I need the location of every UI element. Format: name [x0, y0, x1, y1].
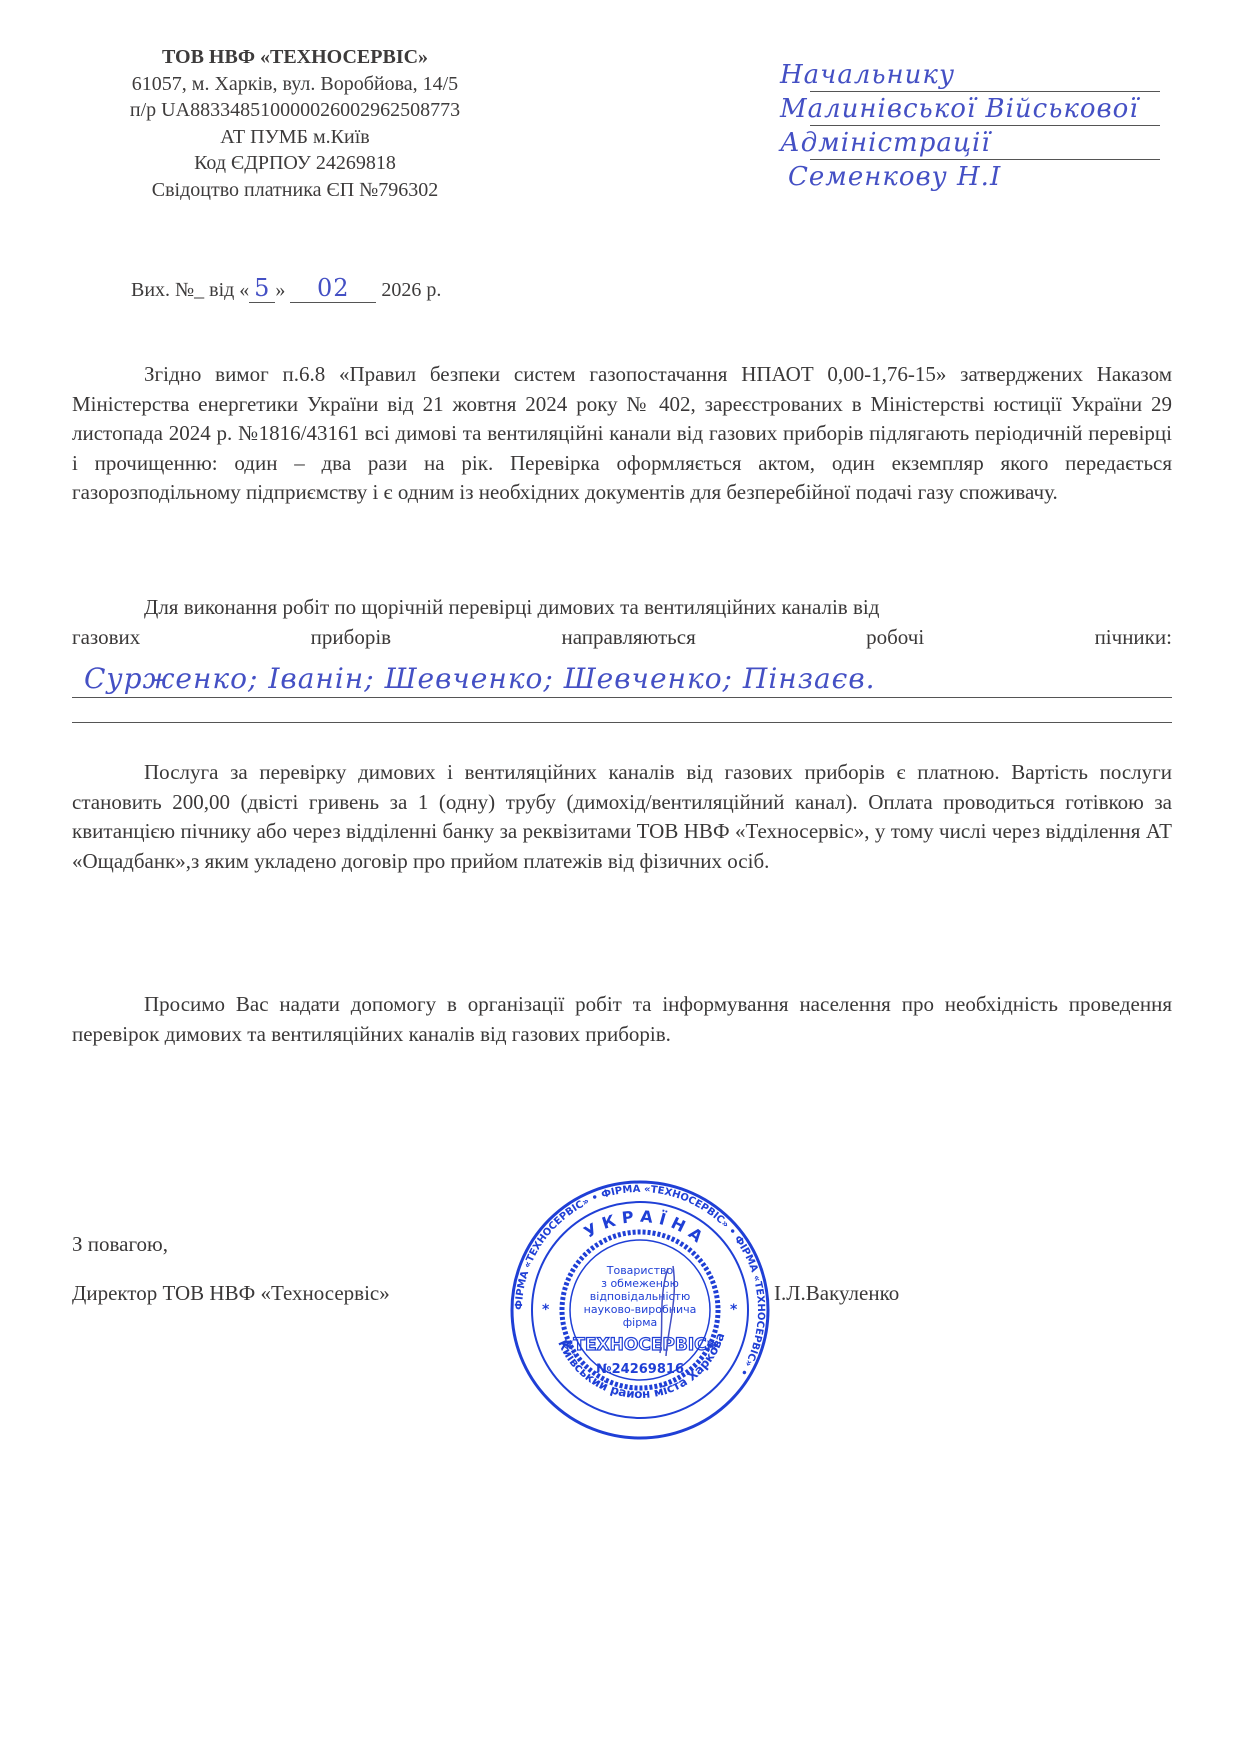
signer-position: Директор ТОВ НВФ «Техносервіс» — [72, 1281, 390, 1306]
handwritten-text: Семенкову Н.І — [788, 162, 1001, 192]
letter-page: ТОВ НВФ «ТЕХНОСЕРВІС» 61057, м. Харків, … — [0, 0, 1240, 1755]
svg-text:*: * — [730, 1302, 738, 1318]
justified-line: газових приборів направляються робочі пі… — [72, 623, 1172, 653]
workers-names-line: Сурженко; Іванін; Шевченко; Шевченко; Пі… — [72, 655, 1172, 698]
svg-text:*: * — [542, 1302, 550, 1318]
paragraph-regulation: Згідно вимог п.6.8 «Правил безпеки систе… — [72, 360, 1172, 508]
svg-text:відповідальністю: відповідальністю — [590, 1290, 690, 1303]
bank-account: п/р UA883348510000026002962508773 — [90, 97, 500, 124]
company-stamp-icon: ФІРМА «ТЕХНОСЕРВІС» • ФІРМА «ТЕХНОСЕРВІС… — [508, 1178, 772, 1442]
svg-text:з обмеженою: з обмеженою — [601, 1277, 679, 1290]
handwritten-text: Адміністрації — [780, 128, 991, 158]
addressee-block: Начальнику Малинівської Військової Адмін… — [780, 60, 1180, 196]
handwritten-workers: Сурженко; Іванін; Шевченко; Шевченко; Пі… — [84, 662, 876, 695]
edrpou-code: Код ЄДРПОУ 24269818 — [90, 150, 500, 177]
addressee-line: Малинівської Військової — [780, 94, 1180, 128]
handwritten-day: 5 — [254, 274, 270, 302]
bank-name: АТ ПУМБ м.Київ — [90, 124, 500, 151]
handwritten-text: Начальнику — [780, 60, 955, 90]
outgoing-number: Вих. №_ від «5» 02 2026 р. — [131, 274, 441, 303]
addressee-line: Семенкову Н.І — [780, 162, 1180, 196]
addressee-line: Начальнику — [780, 60, 1180, 94]
svg-text:Товариство: Товариство — [606, 1264, 674, 1277]
handwritten-month: 02 — [317, 274, 350, 302]
letterhead: ТОВ НВФ «ТЕХНОСЕРВІС» 61057, м. Харків, … — [90, 44, 500, 203]
vat-certificate: Свідоцтво платника ЄП №796302 — [90, 177, 500, 204]
signer-name: І.Л.Вакуленко — [774, 1281, 899, 1306]
closing: З повагою, — [72, 1232, 168, 1257]
addressee-line: Адміністрації — [780, 128, 1180, 162]
svg-text:УКРАЇНА: УКРАЇНА — [581, 1207, 712, 1250]
empty-fill-line — [72, 722, 1172, 723]
company-name: ТОВ НВФ «ТЕХНОСЕРВІС» — [90, 44, 500, 71]
svg-text:№24269816: №24269816 — [596, 1362, 684, 1377]
paragraph-request: Просимо Вас надати допомогу в організаці… — [72, 990, 1172, 1049]
svg-text:науково-виробнича: науково-виробнича — [584, 1303, 697, 1316]
svg-text:фірма: фірма — [623, 1316, 657, 1329]
paragraph-payment: Послуга за перевірку димових і вентиляці… — [72, 758, 1172, 876]
paragraph-workers: Для виконання робіт по щорічній перевірц… — [72, 593, 1172, 652]
company-address: 61057, м. Харків, вул. Воробйова, 14/5 — [90, 71, 500, 98]
svg-text:«ТЕХНОСЕРВІС»: «ТЕХНОСЕРВІС» — [562, 1335, 717, 1355]
handwritten-text: Малинівської Військової — [780, 94, 1139, 124]
